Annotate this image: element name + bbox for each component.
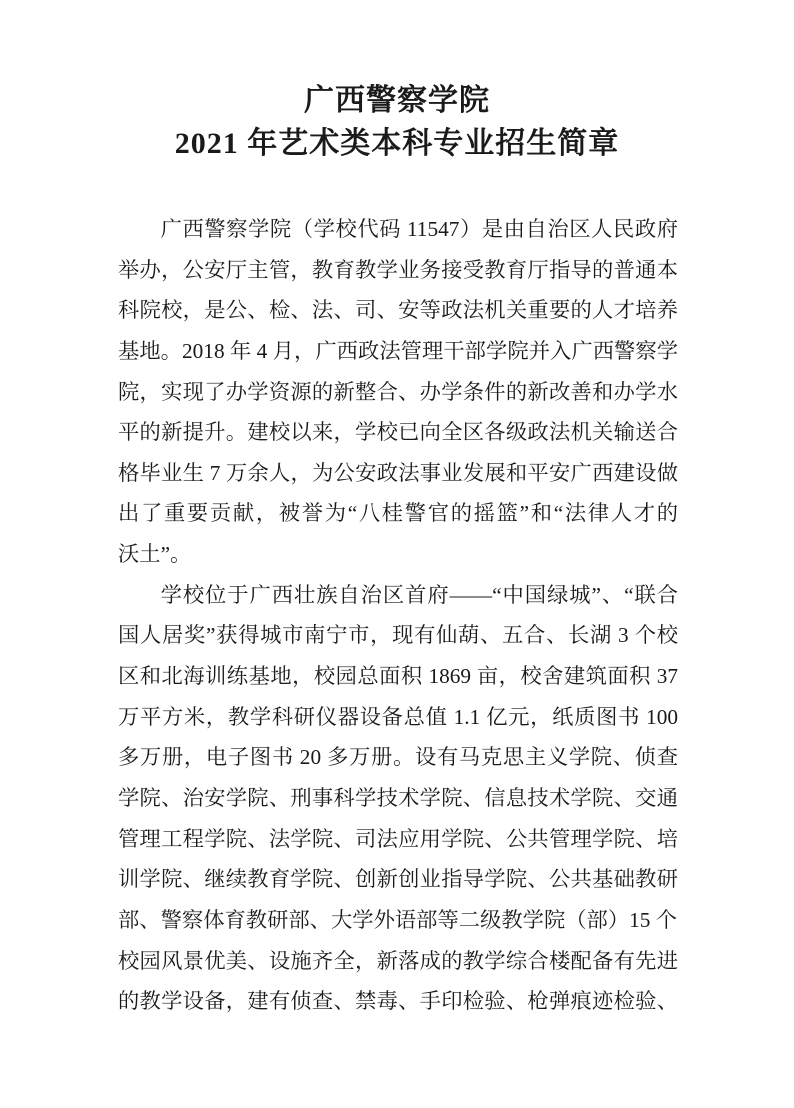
text-line: 区和北海训练基地，校园总面积 1869 亩，校舍建筑面积 37 — [118, 656, 678, 697]
document-title-line-2: 2021 年艺术类本科专业招生简章 — [0, 122, 794, 165]
text-line: 广西警察学院（学校代码 11547）是由自治区人民政府 — [118, 209, 678, 250]
text-line: 科院校，是公、检、法、司、安等政法机关重要的人才培养 — [118, 290, 678, 331]
document-page: 广西警察学院 2021 年艺术类本科专业招生简章 广西警察学院（学校代码 115… — [0, 0, 794, 1108]
text-line: 国人居奖”获得城市南宁市，现有仙葫、五合、长湖 3 个校 — [118, 615, 678, 656]
text-line: 的教学设备，建有侦查、禁毒、手印检验、枪弹痕迹检验、 — [118, 981, 678, 1022]
text-line: 学院、治安学院、刑事科学技术学院、信息技术学院、交通 — [118, 778, 678, 819]
text-line: 多万册，电子图书 20 多万册。设有马克思主义学院、侦查 — [118, 737, 678, 778]
text-line: 出了重要贡献，被誉为“八桂警官的摇篮”和“法律人才的 — [118, 493, 678, 534]
text-line: 平的新提升。建校以来，学校已向全区各级政法机关输送合 — [118, 412, 678, 453]
text-line: 训学院、继续教育学院、创新创业指导学院、公共基础教研 — [118, 859, 678, 900]
text-line: 基地。2018 年 4 月，广西政法管理干部学院并入广西警察学 — [118, 331, 678, 372]
text-line: 格毕业生 7 万余人，为公安政法事业发展和平安广西建设做 — [118, 453, 678, 494]
document-body: 广西警察学院（学校代码 11547）是由自治区人民政府举办，公安厅主管，教育教学… — [118, 209, 678, 1022]
document-title-line-1: 广西警察学院 — [0, 79, 794, 122]
text-line: 校园风景优美、设施齐全，新落成的教学综合楼配备有先进 — [118, 941, 678, 982]
text-line: 管理工程学院、法学院、司法应用学院、公共管理学院、培 — [118, 819, 678, 860]
text-line: 学校位于广西壮族自治区首府——“中国绿城”、“联合 — [118, 575, 678, 616]
text-line: 举办，公安厅主管，教育教学业务接受教育厅指导的普通本 — [118, 250, 678, 291]
text-line: 沃土”。 — [118, 534, 678, 575]
text-line: 万平方米，教学科研仪器设备总值 1.1 亿元，纸质图书 100 — [118, 697, 678, 738]
document-title: 广西警察学院 2021 年艺术类本科专业招生简章 — [0, 79, 794, 165]
text-line: 部、警察体育教研部、大学外语部等二级教学院（部）15 个。 — [118, 900, 678, 941]
text-line: 院，实现了办学资源的新整合、办学条件的新改善和办学水 — [118, 372, 678, 413]
